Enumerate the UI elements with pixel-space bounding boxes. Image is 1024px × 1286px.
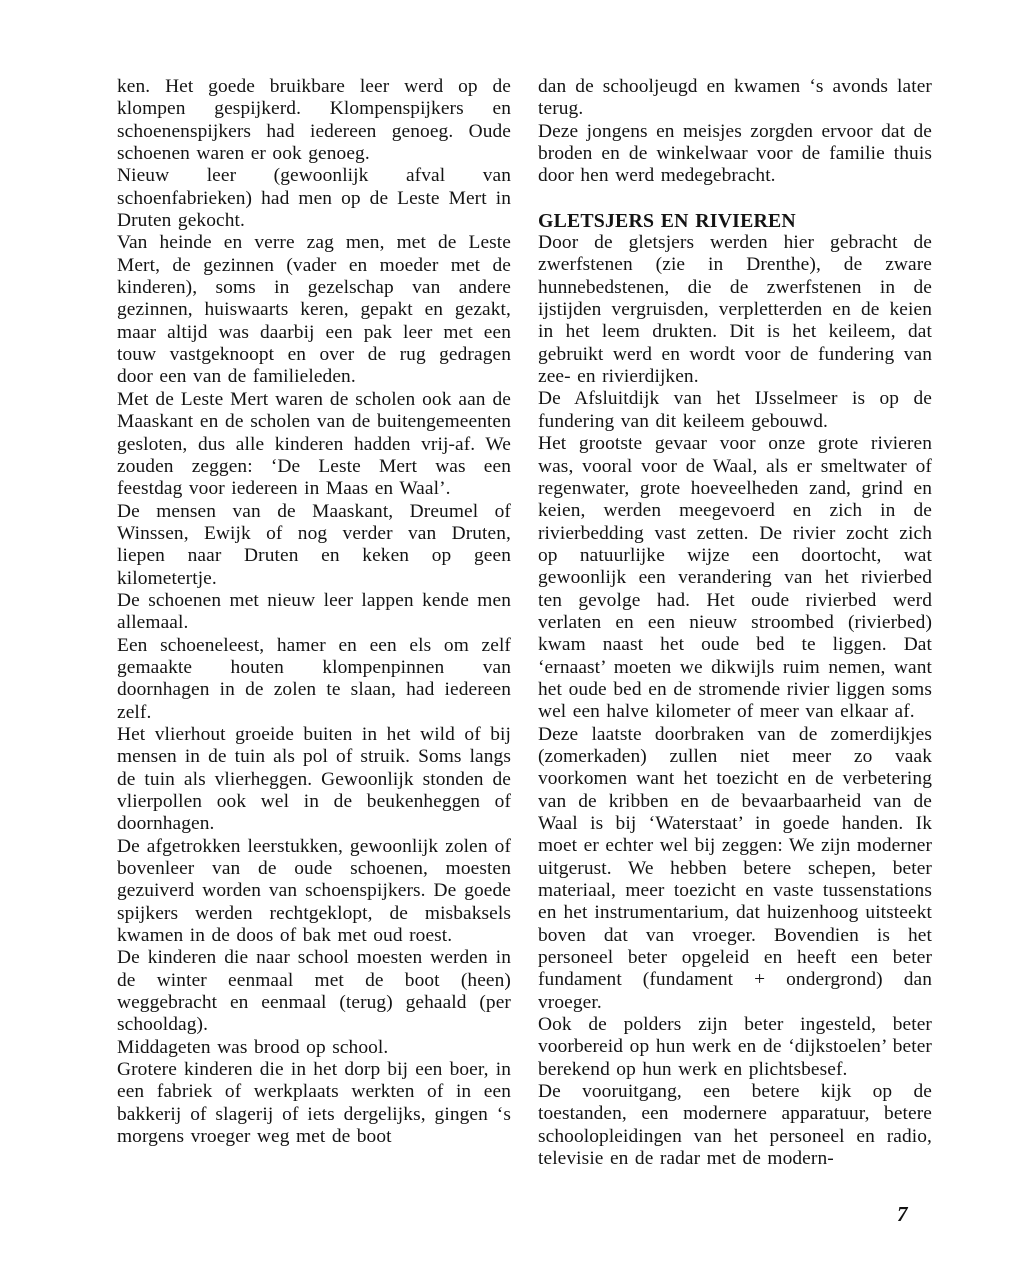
paragraph: Met de Leste Mert waren de scholen ook a… [117, 389, 511, 501]
paragraph: Het grootste gevaar voor onze grote rivi… [538, 433, 932, 723]
paragraph: Deze jongens en meisjes zorgden ervoor d… [538, 121, 932, 188]
paragraph: De Afsluitdijk van het IJsselmeer is op … [538, 388, 932, 433]
text-columns: ken. Het goede bruikbare leer werd op de… [117, 76, 931, 1171]
paragraph: Het vlierhout groeide buiten in het wild… [117, 724, 511, 836]
paragraph: De mensen van de Maaskant, Dreumel of Wi… [117, 501, 511, 590]
paragraph: Ook de polders zijn beter ingesteld, bet… [538, 1014, 932, 1081]
paragraph: De kinderen die naar school moesten werd… [117, 947, 511, 1036]
left-column: ken. Het goede bruikbare leer werd op de… [117, 76, 511, 1171]
paragraph: De vooruitgang, een betere kijk op de to… [538, 1081, 932, 1170]
page-number: 7 [897, 1202, 908, 1227]
paragraph: Middageten was brood op school. [117, 1037, 511, 1059]
paragraph: De schoenen met nieuw leer lappen kende … [117, 590, 511, 635]
paragraph: ken. Het goede bruikbare leer werd op de… [117, 76, 511, 165]
paragraph: Van heinde en verre zag men, met de Lest… [117, 232, 511, 388]
right-column: dan de schooljeugd en kwamen ‘s avonds l… [538, 76, 932, 1171]
section-heading: GLETSJERS EN RIVIEREN [538, 210, 932, 232]
paragraph: Nieuw leer (gewoonlijk afval van schoenf… [117, 165, 511, 232]
paragraph: Deze laatste doorbraken van de zomerdijk… [538, 724, 932, 1014]
paragraph: Grotere kinderen die in het dorp bij een… [117, 1059, 511, 1148]
paragraph: Door de gletsjers werden hier gebracht d… [538, 232, 932, 388]
paragraph: dan de schooljeugd en kwamen ‘s avonds l… [538, 76, 932, 121]
scanned-book-page: ken. Het goede bruikbare leer werd op de… [0, 0, 1024, 1286]
paragraph: De afgetrokken leerstukken, gewoonlijk z… [117, 836, 511, 948]
paragraph: Een schoeneleest, hamer en een els om ze… [117, 635, 511, 724]
